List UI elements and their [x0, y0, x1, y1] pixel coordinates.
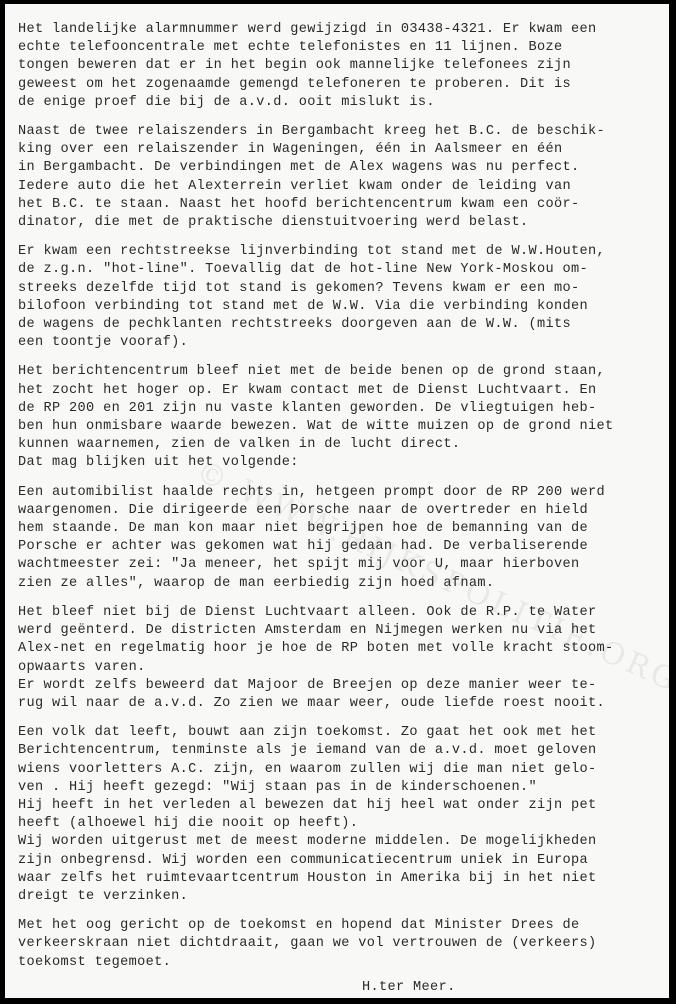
text-line: opwaarts varen. — [18, 659, 614, 677]
text-line: Het berichtencentrum bleef niet met de b… — [18, 363, 614, 381]
text-line: dreigt te verzinken. — [18, 888, 614, 906]
text-line: Dat mag blijken uit het volgende: — [18, 454, 614, 472]
signature: H.ter Meer. — [362, 980, 456, 995]
paragraph: Naast de twee relaiszenders in Bergambac… — [18, 123, 614, 232]
text-line: bilofoon verbinding tot stand met de W.W… — [18, 298, 614, 316]
text-line: tongen beweren dat er in het begin ook m… — [18, 57, 614, 75]
text-line: kunnen waarnemen, zien de valken in de l… — [18, 436, 614, 454]
text-line: geweest om het zogenaamde gemengd telefo… — [18, 76, 614, 94]
text-line: ben hun onmisbare waarde bewezen. Wat de… — [18, 418, 614, 436]
document-page: © WWW.RIJKSPOLITIE.ORG Het landelijke al… — [5, 4, 669, 998]
text-line: ven . Hij heeft gezegd: "Wij staan pas i… — [18, 779, 614, 797]
text-line: Berichtencentrum, tenminste als je ieman… — [18, 742, 614, 760]
paragraph: Met het oog gericht op de toekomst en ho… — [18, 917, 614, 972]
text-line: Alex-net en regelmatig hoor je hoe de RP… — [18, 640, 614, 658]
text-line: zien ze alles", waarop de man eerbiedig … — [18, 575, 614, 593]
text-line: zijn onbegrensd. Wij worden een communic… — [18, 852, 614, 870]
text-line: het zocht het hoger op. Er kwam contact … — [18, 382, 614, 400]
text-line: echte telefooncentrale met echte telefon… — [18, 39, 614, 57]
text-line: Een volk dat leeft, bouwt aan zijn toeko… — [18, 724, 614, 742]
text-line: Met het oog gericht op de toekomst en ho… — [18, 917, 614, 935]
paragraph: Een automibilist haalde rechts in, hetge… — [18, 484, 614, 593]
text-line: Wij worden uitgerust met de meest modern… — [18, 833, 614, 851]
text-line: een toontje vooraf). — [18, 334, 614, 352]
text-line: king over een relaiszender in Wageningen… — [18, 141, 614, 159]
text-line: het B.C. te staan. Naast het hoofd beric… — [18, 196, 614, 214]
text-line: wiens voorletters A.C. zijn, en waarom z… — [18, 761, 614, 779]
text-line: rug wil naar de a.v.d. Zo zien we maar w… — [18, 695, 614, 713]
text-line: Er wordt zelfs beweerd dat Majoor de Bre… — [18, 677, 614, 695]
text-line: Hij heeft in het verleden al bewezen dat… — [18, 797, 614, 815]
text-line: Porsche er achter was gekomen wat hij ge… — [18, 538, 614, 556]
text-line: Een automibilist haalde rechts in, hetge… — [18, 484, 614, 502]
text-line: verkeerskraan niet dichtdraait, gaan we … — [18, 935, 614, 953]
text-line: in Bergambacht. De verbindingen met de A… — [18, 159, 614, 177]
text-line: de RP 200 en 201 zijn nu vaste klanten g… — [18, 400, 614, 418]
text-line: Het landelijke alarmnummer werd gewijzig… — [18, 21, 614, 39]
text-line: streeks dezelfde tijd tot stand is gekom… — [18, 280, 614, 298]
text-line: de wagens de pechklanten rechtstreeks do… — [18, 316, 614, 334]
text-line: hem staande. De man kon maar niet begrij… — [18, 520, 614, 538]
text-line: waargenomen. Die dirigeerde een Porsche … — [18, 502, 614, 520]
paragraph: Het berichtencentrum bleef niet met de b… — [18, 363, 614, 472]
text-line: Naast de twee relaiszenders in Bergambac… — [18, 123, 614, 141]
paragraph: Het bleef niet bij de Dienst Luchtvaart … — [18, 604, 614, 713]
text-line: heeft (alhoewel hij die nooit op heeft). — [18, 815, 614, 833]
paragraph: Er kwam een rechtstreekse lijnverbinding… — [18, 243, 614, 352]
text-line: Er kwam een rechtstreekse lijnverbinding… — [18, 243, 614, 261]
text-line: werd geënterd. De districten Amsterdam e… — [18, 622, 614, 640]
text-line: Iedere auto die het Alexterrein verliet … — [18, 178, 614, 196]
text-line: de enige proef die bij de a.v.d. ooit mi… — [18, 94, 614, 112]
document-body: Het landelijke alarmnummer werd gewijzig… — [18, 21, 614, 983]
text-line: de z.g.n. "hot-line". Toevallig dat de h… — [18, 261, 614, 279]
text-line: wachtmeester zei: "Ja meneer, het spijt … — [18, 556, 614, 574]
paragraph: Een volk dat leeft, bouwt aan zijn toeko… — [18, 724, 614, 906]
paragraph: Het landelijke alarmnummer werd gewijzig… — [18, 21, 614, 112]
text-line: dinator, die met de praktische dienstuit… — [18, 214, 614, 232]
text-line: Het bleef niet bij de Dienst Luchtvaart … — [18, 604, 614, 622]
text-line: waar zelfs het ruimtevaartcentrum Housto… — [18, 870, 614, 888]
text-line: toekomst tegemoet. — [18, 954, 614, 972]
